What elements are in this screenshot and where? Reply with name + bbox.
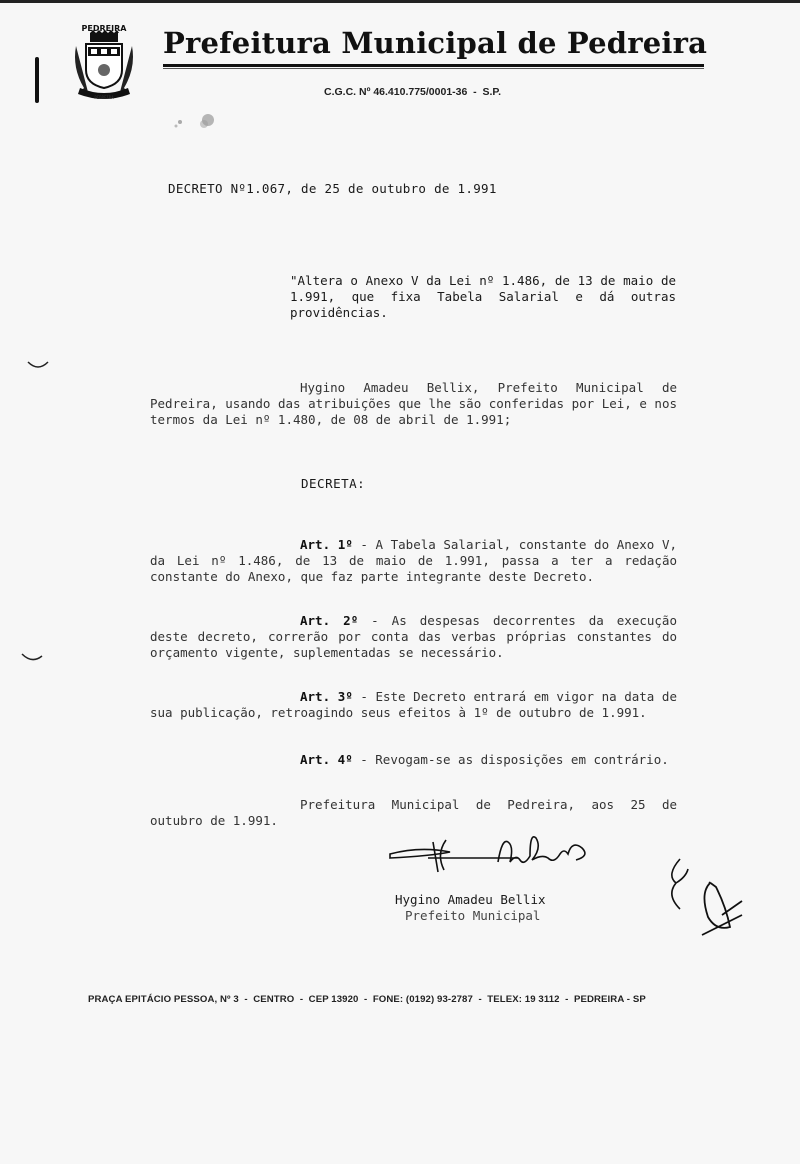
article-text: - Este Decreto entrará em vigor na data … [150, 689, 677, 720]
hole-punch-mark [26, 358, 50, 372]
ink-smudge [168, 108, 232, 136]
handwritten-signature [388, 832, 638, 882]
signer-name: Hygino Amadeu Bellix [395, 892, 546, 907]
article-label: Art. 3º [300, 689, 353, 704]
article-text: - As despesas decorrentes da execução de… [150, 613, 677, 660]
letterhead-title: Prefeitura Municipal de Pedreira [163, 26, 707, 60]
decreta-heading: DECRETA: [301, 476, 365, 491]
decree-number: DECRETO Nº1.067, de 25 de outubro de 1.9… [168, 181, 497, 196]
article-text: - Revogam-se as disposições em contrário… [353, 752, 669, 767]
decree-summary: "Altera o Anexo V da Lei nº 1.486, de 13… [290, 273, 676, 321]
coat-of-arms-icon: PEDREIRA PEDREIRA [68, 22, 140, 100]
cgc-number: C.G.C. Nº 46.410.775/0001-36 - S.P. [324, 86, 501, 98]
margin-bar-mark [35, 57, 39, 103]
article-4: Art. 4º - Revogam-se as disposições em c… [150, 752, 677, 768]
title-underline-thin [163, 68, 704, 69]
hole-punch-mark [20, 650, 44, 664]
preamble-text: Hygino Amadeu Bellix, Prefeito Municipal… [150, 380, 677, 427]
article-text: - A Tabela Salarial, constante do Anexo … [150, 537, 677, 584]
signer-role: Prefeito Municipal [405, 908, 540, 923]
closing-text: Prefeitura Municipal de Pedreira, aos 25… [150, 797, 677, 828]
article-label: Art. 4º [300, 752, 353, 767]
svg-text:PEDREIRA: PEDREIRA [94, 95, 114, 100]
closing-line: Prefeitura Municipal de Pedreira, aos 25… [150, 797, 677, 829]
preamble: Hygino Amadeu Bellix, Prefeito Municipal… [150, 380, 677, 428]
article-1: Art. 1º - A Tabela Salarial, constante d… [150, 537, 677, 585]
article-3: Art. 3º - Este Decreto entrará em vigor … [150, 689, 677, 721]
scan-top-edge [0, 0, 800, 3]
title-underline [163, 64, 704, 67]
footer-address: PRAÇA EPITÁCIO PESSOA, Nº 3 - CENTRO - C… [88, 994, 646, 1005]
initials-mark [662, 855, 752, 945]
article-2: Art. 2º - As despesas decorrentes da exe… [150, 613, 677, 661]
article-label: Art. 2º [300, 613, 358, 628]
article-label: Art. 1º [300, 537, 353, 552]
